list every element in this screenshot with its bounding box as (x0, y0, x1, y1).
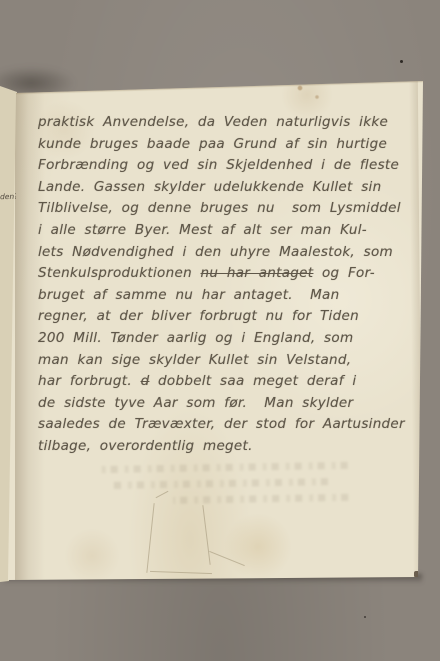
manuscript-text: regner, at der bliver forbrugt nu for Ti… (38, 308, 359, 324)
manuscript-line: man kan sige skylder Kullet sin Velstand… (38, 350, 434, 372)
manuscript-line: har forbrugt. d dobbelt saa meget deraf … (38, 371, 434, 393)
manuscript-line: tilbage, overordentlig meget. (38, 436, 434, 458)
bleedthrough-line (113, 478, 328, 489)
manuscript-text: lets Nødvendighed i den uhyre Maalestok,… (38, 244, 393, 260)
margin-note: den? (0, 192, 16, 202)
manuscript-line: Tilblivelse, og denne bruges nu som Lysm… (38, 198, 434, 220)
manuscript-photo: praktisk Anvendelse, da Veden naturligvi… (0, 0, 440, 661)
felt-speck (400, 60, 403, 63)
manuscript-text: Stenkulsproduktionen (38, 265, 201, 281)
paper-crease (202, 505, 210, 565)
manuscript-line: praktisk Anvendelse, da Veden naturligvi… (38, 112, 434, 134)
bleedthrough-line (173, 494, 348, 504)
manuscript-text: dobbelt saa meget deraf i (149, 373, 356, 389)
manuscript-line: lets Nødvendighed i den uhyre Maalestok,… (38, 242, 434, 264)
manuscript-line: saaledes de Trævæxter, der stod for Aart… (38, 414, 434, 436)
manuscript-text: bruget af samme nu har antaget. Man (38, 287, 339, 303)
page-top-edge (16, 80, 424, 94)
manuscript-text: i alle større Byer. Mest af alt ser man … (38, 222, 367, 238)
manuscript-text: de sidste tyve Aar som før. Man skylder (38, 395, 353, 411)
manuscript-page: praktisk Anvendelse, da Veden naturligvi… (0, 0, 440, 661)
felt-speck (364, 616, 366, 618)
manuscript-line: de sidste tyve Aar som før. Man skylder (38, 393, 434, 415)
manuscript-line: kunde bruges baade paa Grund af sin hurt… (38, 134, 434, 156)
manuscript-line: i alle større Byer. Mest af alt ser man … (38, 220, 434, 242)
manuscript-line: 200 Mill. Tønder aarlig og i England, so… (38, 328, 434, 350)
manuscript-text: og For- (313, 265, 375, 281)
manuscript-text: kunde bruges baade paa Grund af sin hurt… (38, 136, 387, 152)
paper-crease (209, 551, 245, 566)
manuscript-line: regner, at der bliver forbrugt nu for Ti… (38, 306, 434, 328)
paper-crease (146, 503, 154, 573)
manuscript-text: saaledes de Trævæxter, der stod for Aart… (38, 416, 405, 432)
struck-text: nu har antaget (201, 265, 314, 281)
manuscript-line: bruget af samme nu har antaget. Man (38, 285, 434, 307)
bleedthrough-line (98, 462, 348, 473)
manuscript-text: praktisk Anvendelse, da Veden naturligvi… (38, 114, 388, 130)
manuscript-line: Lande. Gassen skylder udelukkende Kullet… (38, 177, 434, 199)
manuscript-text: har forbrugt. (38, 373, 141, 389)
manuscript-lines: praktisk Anvendelse, da Veden naturligvi… (38, 112, 434, 458)
paper-crease (150, 571, 212, 574)
manuscript-text: Lande. Gassen skylder udelukkende Kullet… (38, 179, 381, 195)
manuscript-text: man kan sige skylder Kullet sin Velstand… (38, 352, 351, 368)
ink-bleedthrough (98, 462, 349, 514)
manuscript-text: tilbage, overordentlig meget. (38, 438, 253, 454)
manuscript-text: Forbrænding og ved sin Skjeldenhed i de … (38, 157, 399, 173)
manuscript-line: Forbrænding og ved sin Skjeldenhed i de … (38, 155, 434, 177)
manuscript-line: Stenkulsproduktionen nu har antaget og F… (38, 263, 434, 285)
manuscript-text: 200 Mill. Tønder aarlig og i England, so… (38, 330, 353, 346)
manuscript-text: Tilblivelse, og denne bruges nu som Lysm… (38, 200, 401, 216)
